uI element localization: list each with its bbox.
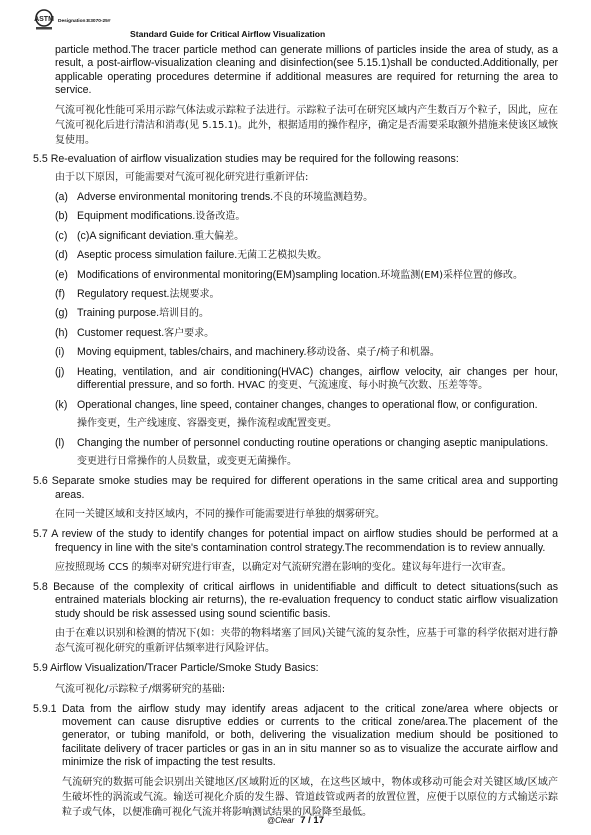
list-item-k-zh: 操作变更，生产线速度、容器变更，操作流程或配置变更。 [55, 416, 558, 431]
section-5-5-zh: 由于以下原因，可能需要对气流可视化研究进行重新评估: [55, 170, 558, 185]
section-5-7: 5.7 A review of the study to identify ch… [0, 528, 591, 555]
page-footer: @Clear7 / 17 [0, 814, 591, 827]
page-number: 7 / 17 [300, 815, 324, 826]
section-5-6: 5.6 Separate smoke studies may be requir… [0, 475, 591, 502]
section-5-9-zh: 气流可视化/示踪粒子/烟雾研究的基础: [55, 682, 558, 697]
designation: Designation:E3070-25# [58, 15, 111, 28]
section-number: 5.9.1 [33, 703, 62, 820]
intro-block: particle method.The tracer particle meth… [0, 44, 591, 148]
section-5-5: 5.5 Re-evaluation of airflow visualizati… [0, 153, 591, 166]
astm-logo-icon: ASTM [33, 9, 55, 31]
list-item-g: (g)Training purpose.培训目的。 [55, 307, 558, 320]
section-number: 5.9 [33, 662, 48, 674]
section-number: 5.6 [33, 475, 48, 487]
list-item-l: (l)Changing the number of personnel cond… [55, 437, 558, 450]
list-item-h: (h)Customer request.客户要求。 [55, 327, 558, 340]
section-5-8-zh: 由于在难以识别和检测的情况下(如：夹带的物料堵塞了回风)关键气流的复杂性，应基于… [55, 626, 558, 656]
list-item-l-zh: 变更进行日常操作的人员数量，或变更无菌操作。 [55, 454, 558, 469]
section-5-9-1-zh: 气流研究的数据可能会识别出关键地区/区域附近的区域，在这些区域中，物体或移动可能… [62, 775, 558, 820]
section-number: 5.5 [33, 153, 48, 165]
section-5-9-1-en: Data from the airflow study may identify… [62, 703, 558, 770]
svg-text:ASTM: ASTM [34, 16, 54, 23]
intro-paragraph-zh: 气流可视化性能可采用示踪气体法或示踪粒子法进行。示踪粒子法可在研究区域内产生数百… [55, 103, 558, 148]
section-5-6-zh: 在同一关键区域和支持区域内，不同的操作可能需要进行单独的烟雾研究。 [55, 507, 558, 522]
section-heading: Re-evaluation of airflow visualization s… [51, 153, 459, 165]
list-item-j: (j)Heating, ventilation, and air conditi… [55, 366, 558, 393]
reasons-list: (a)Adverse environmental monitoring tren… [0, 185, 591, 469]
intro-paragraph-en: particle method.The tracer particle meth… [55, 44, 558, 98]
list-item-b: (b)Equipment modifications.设备改造。 [55, 210, 558, 223]
section-5-9: 5.9 Airflow Visualization/Tracer Particl… [0, 662, 591, 675]
document-title: Standard Guide for Critical Airflow Visu… [130, 28, 325, 41]
list-item-k: (k)Operational changes, line speed, cont… [55, 399, 558, 412]
list-item-e: (e)Modifications of environmental monito… [55, 269, 558, 282]
section-number: 5.8 [33, 581, 48, 593]
list-item-a: (a)Adverse environmental monitoring tren… [55, 191, 558, 204]
page-header: ASTM Designation:E3070-25# Standard Guid… [0, 0, 591, 45]
section-5-9-1: 5.9.1 Data from the airflow study may id… [0, 703, 591, 820]
list-item-i: (i)Moving equipment, tables/chairs, and … [55, 346, 558, 359]
list-item-c: (c)(c)A significant deviation.重大偏差。 [55, 230, 558, 243]
list-item-d: (d)Aseptic process simulation failure.无菌… [55, 249, 558, 262]
section-5-8: 5.8 Because of the complexity of critica… [0, 581, 591, 621]
footer-brand: @Clear [267, 816, 294, 825]
section-5-7-zh: 应按照现场 CCS 的频率对研究进行审查，以确定对气流研究潜在影响的变化。建议每… [55, 560, 558, 575]
list-item-f: (f)Regulatory request.法规要求。 [55, 288, 558, 301]
page-body: particle method.The tracer particle meth… [0, 44, 591, 820]
section-number: 5.7 [33, 528, 48, 540]
